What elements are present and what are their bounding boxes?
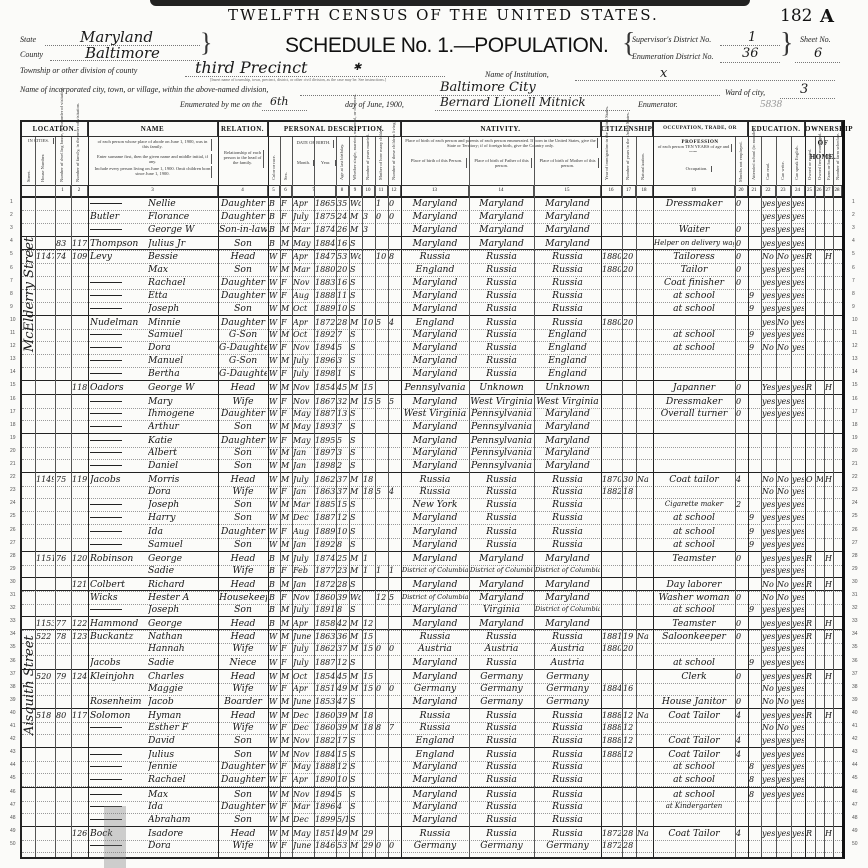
nat-cell (637, 525, 652, 538)
dwelling-cell: 79 (56, 670, 70, 683)
name-desc-label: of each person whose place of abode on J… (94, 139, 212, 151)
schedule-title: SCHEDULE No. 1.—POPULATION. (285, 34, 608, 58)
color-cell: W (269, 827, 279, 840)
dwelling-cell (56, 316, 70, 329)
ditto-dash (90, 373, 122, 374)
color-cell: W (269, 800, 279, 813)
sex-cell: M (281, 603, 291, 616)
read-cell: yes (762, 263, 775, 276)
write-cell: yes (777, 670, 790, 683)
yrs-us-cell: 20 (623, 642, 635, 655)
dwelling-cell (56, 276, 70, 289)
occupation-col-label: Occupation. (682, 166, 712, 172)
school-cell (749, 407, 760, 420)
immig-cell: 1880 (602, 263, 621, 276)
color-cell: B (269, 603, 279, 616)
farm-cell (825, 511, 832, 524)
unemp-cell (736, 302, 747, 315)
house-cell (36, 237, 54, 250)
sex-cell: F (281, 839, 291, 852)
own-cell (806, 773, 814, 786)
yrs-us-cell (623, 498, 635, 511)
color-cell: W (269, 302, 279, 315)
ditto-dash (90, 766, 122, 767)
enumerator-name: Bernard Lionell Mitnick (440, 95, 586, 109)
yrs-married-cell: 1 (363, 552, 374, 565)
birth-cell: Maryland (402, 459, 468, 472)
yrs-married-cell: 18 (363, 721, 374, 734)
sched-cell (834, 354, 841, 367)
mother-of-cell: 0 (376, 839, 387, 852)
yrs-married-cell (363, 760, 374, 773)
nat-cell (637, 578, 652, 591)
birth-cell: Russia (402, 630, 468, 643)
yrs-us-cell (623, 328, 635, 341)
own-cell (806, 591, 814, 604)
year-cell: 1872 (315, 578, 335, 591)
occupation-cell: Clerk (654, 670, 734, 683)
living-cell (389, 473, 400, 486)
line-number-left: 15 (10, 382, 16, 388)
sched-cell (834, 552, 841, 565)
line-number-right: 17 (852, 409, 858, 415)
free-cell (816, 302, 823, 315)
month-cell: July (293, 552, 313, 565)
living-cell (389, 223, 400, 236)
marital-cell: S (350, 263, 361, 276)
mother-of-cell (376, 617, 387, 630)
immig-cell (602, 407, 621, 420)
birth-cell: Russia (402, 721, 468, 734)
yrs-married-cell (363, 250, 374, 263)
write-cell: yes (777, 328, 790, 341)
year-cell: 1860 (315, 591, 335, 604)
unemp-cell (736, 773, 747, 786)
immig-cell: 1888 (602, 734, 621, 747)
surname-cell (90, 721, 148, 734)
sex-cell: F (281, 316, 291, 329)
dwelling-cell (56, 341, 70, 354)
read-cell (762, 813, 775, 826)
grid-line (761, 137, 762, 857)
ditto-dash (90, 754, 122, 755)
sched-cell (834, 682, 841, 695)
free-cell: M (816, 473, 823, 486)
yrs-us-cell (623, 511, 635, 524)
color-cell: W (269, 760, 279, 773)
dwelling-number-col-label: Number of dwelling house, in the order o… (59, 138, 64, 182)
column-number: 12 (388, 186, 401, 196)
living-cell (389, 827, 400, 840)
speak-cell: yes (792, 210, 804, 223)
nat-cell (637, 564, 652, 577)
given-name-cell: George (148, 552, 216, 565)
month-cell: Oct (293, 302, 313, 315)
ditto-dash (90, 465, 122, 466)
sched-cell (834, 721, 841, 734)
sched-cell (834, 591, 841, 604)
grid-line (805, 122, 806, 857)
months-unemployed-col-label: Months not employed. (738, 156, 743, 182)
occupation-cell: at school (654, 341, 734, 354)
month-cell: Nov (293, 395, 313, 408)
birth-cell: Maryland (402, 289, 468, 302)
yrs-married-cell (363, 788, 374, 801)
relation-cell: G-Daughter (219, 341, 267, 354)
own-cell: R (806, 578, 814, 591)
marital-cell: S (350, 354, 361, 367)
write-cell: No (777, 485, 790, 498)
school-cell (749, 210, 760, 223)
column-number: 3 (88, 186, 218, 196)
table-row: MaggieWifeWFApr185149M1500GermanyGermany… (22, 682, 842, 696)
yrs-us-cell (623, 670, 635, 683)
read-cell (762, 800, 775, 813)
living-cell (389, 656, 400, 669)
occupation-cell: at school (654, 511, 734, 524)
occupation-cell: Coat Tailor (654, 827, 734, 840)
given-name-cell: Julius (148, 748, 216, 761)
year-cell: 1889 (315, 525, 335, 538)
occupation-cell: Saloonkeeper (654, 630, 734, 643)
family-cell (72, 788, 87, 801)
month-cell: Aug (293, 289, 313, 302)
relation-cell: Daughter (219, 525, 267, 538)
birth-cell: Maryland (402, 760, 468, 773)
immig-cell (602, 328, 621, 341)
immig-cell (602, 276, 621, 289)
enumerator-label: Enumerator. (638, 100, 678, 109)
relation-cell: Daughter (219, 434, 267, 447)
free-cell (816, 289, 823, 302)
read-cell: yes (762, 302, 775, 315)
house-cell (36, 578, 54, 591)
table-row: BerthaG-DaughterWFJuly18981SMarylandRuss… (22, 367, 842, 381)
yrs-us-cell (623, 656, 635, 669)
surname-cell: Rosenheim (90, 695, 148, 708)
nat-cell: Na (637, 630, 652, 643)
dwelling-cell (56, 642, 70, 655)
nat-cell (637, 276, 652, 289)
immig-cell (602, 341, 621, 354)
sched-cell (834, 670, 841, 683)
surname-cell (90, 420, 148, 433)
house-cell (36, 788, 54, 801)
free-cell (816, 538, 823, 551)
free-cell (816, 498, 823, 511)
month-cell: Mar (293, 223, 313, 236)
age-cell: 45 (337, 670, 348, 683)
farm-cell (825, 459, 832, 472)
house-cell (36, 446, 54, 459)
house-cell (36, 381, 54, 394)
dwelling-cell (56, 328, 70, 341)
write-cell: No (777, 316, 790, 329)
unemp-cell: 0 (736, 591, 747, 604)
column-number: 17 (622, 186, 636, 196)
house-cell: 1147 (36, 250, 54, 263)
yrs-us-cell: 16 (623, 682, 635, 695)
living-cell: 0 (389, 642, 400, 655)
farm-cell (825, 564, 832, 577)
own-cell: R (806, 709, 814, 722)
birth-cell: Maryland (402, 367, 468, 380)
marital-cell: S (350, 341, 361, 354)
immig-cell (602, 289, 621, 302)
farm-cell (825, 695, 832, 708)
house-cell (36, 316, 54, 329)
month-cell: Apr (293, 250, 313, 263)
mother-cell: Maryland (535, 420, 600, 433)
house-cell (36, 642, 54, 655)
mother-cell: Germany (535, 670, 600, 683)
family-cell (72, 197, 87, 210)
ditto-dash (90, 517, 122, 518)
unemp-cell: 4 (736, 709, 747, 722)
family-cell (72, 459, 87, 472)
sched-cell (834, 813, 841, 826)
ward-label: Ward of city, (725, 88, 765, 97)
nat-cell (637, 263, 652, 276)
grid-line (375, 137, 376, 857)
sched-cell (834, 316, 841, 329)
farm-cell (825, 800, 832, 813)
father-cell: Pennsylvania (470, 420, 533, 433)
read-cell: yes (762, 525, 775, 538)
sex-cell: M (281, 459, 291, 472)
immig-cell (602, 695, 621, 708)
sched-cell (834, 511, 841, 524)
line-number-left: 48 (10, 815, 16, 821)
mother-of-cell (376, 367, 387, 380)
given-name-cell: Richard (148, 578, 216, 591)
yrs-married-cell (363, 407, 374, 420)
column-group-education: EDUCATION. (748, 122, 805, 137)
occupation-cell (654, 564, 734, 577)
dwelling-cell: 78 (56, 630, 70, 643)
year-cell: 1860 (315, 721, 335, 734)
farm-cell (825, 289, 832, 302)
year-cell: 1898 (315, 367, 335, 380)
yrs-us-cell (623, 459, 635, 472)
mother-cell: Russia (535, 760, 600, 773)
write-cell: No (777, 250, 790, 263)
color-cell: B (269, 591, 279, 604)
year-cell: 1877 (315, 564, 335, 577)
line-number-right: 2 (852, 212, 855, 218)
year-cell: 1894 (315, 341, 335, 354)
dwelling-cell (56, 525, 70, 538)
sex-cell: M (281, 446, 291, 459)
relation-cell: Son-in-law (219, 223, 267, 236)
write-cell: yes (777, 498, 790, 511)
own-cell (806, 420, 814, 433)
mother-of-cell (376, 459, 387, 472)
given-name-cell: Max (148, 263, 216, 276)
mother-of-cell (376, 800, 387, 813)
immig-cell (602, 800, 621, 813)
living-cell: 0 (389, 197, 400, 210)
mother-cell: Russia (535, 813, 600, 826)
marital-cell: S (350, 302, 361, 315)
own-cell: O (806, 473, 814, 486)
census-page: TWELFTH CENSUS OF THE UNITED STATES. 182… (0, 0, 868, 868)
read-cell: No (762, 721, 775, 734)
family-cell: 123 (72, 630, 87, 643)
relation-cell: Wife (219, 682, 267, 695)
yrs-married-cell: 1 (363, 564, 374, 577)
year-cell: 1847 (315, 250, 335, 263)
marital-cell: S (350, 407, 361, 420)
write-cell: yes (777, 748, 790, 761)
own-cell (806, 603, 814, 616)
yrs-married-cell (363, 800, 374, 813)
living-cell (389, 525, 400, 538)
family-cell (72, 289, 87, 302)
sched-cell (834, 603, 841, 616)
father-cell: Russia (470, 328, 533, 341)
house-cell (36, 682, 54, 695)
given-name-cell: Julius Jr (148, 237, 216, 250)
own-cell (806, 459, 814, 472)
speak-cell (792, 839, 804, 852)
relation-cell: Daughter (219, 210, 267, 223)
sex-cell: M (281, 223, 291, 236)
sched-cell (834, 302, 841, 315)
free-cell (816, 670, 823, 683)
year-cell: 1896 (315, 354, 335, 367)
line-number-left: 30 (10, 579, 16, 585)
birth-cell: Maryland (402, 210, 468, 223)
father-cell: Russia (470, 773, 533, 786)
sched-cell (834, 395, 841, 408)
marital-cell: S (350, 800, 361, 813)
age-cell: 1 (337, 367, 348, 380)
father-cell: Russia (470, 263, 533, 276)
speak-cell: yes (792, 788, 804, 801)
month-cell: Apr (293, 617, 313, 630)
year-cell: 1888 (315, 760, 335, 773)
school-cell (749, 367, 760, 380)
mother-cell: West Virginia (535, 395, 600, 408)
birth-cell: Russia (402, 709, 468, 722)
line-number-right: 6 (852, 265, 855, 271)
age-cell: 25 (337, 552, 348, 565)
speak-cell: yes (792, 276, 804, 289)
marital-cell: Wd (350, 591, 361, 604)
farm-schedule-col-label: Number of farm schedule. (835, 140, 840, 180)
yrs-us-cell (623, 788, 635, 801)
house-cell (36, 773, 54, 786)
table-row: RosenheimJacobBoarderWMJune185347SMaryla… (22, 695, 842, 709)
column-number: 24 (791, 186, 805, 196)
surname-cell (90, 682, 148, 695)
line-number-right: 39 (852, 697, 858, 703)
sex-cell: M (281, 827, 291, 840)
write-cell (777, 367, 790, 380)
yrs-married-cell: 18 (363, 473, 374, 486)
unemp-cell: 4 (736, 473, 747, 486)
dwelling-cell (56, 827, 70, 840)
unemp-cell (736, 434, 747, 447)
nat-cell (637, 485, 652, 498)
farm-cell: H (825, 827, 832, 840)
living-cell (389, 773, 400, 786)
yrs-us-cell: 19 (623, 630, 635, 643)
line-number-left: 50 (10, 841, 16, 847)
speak-cell: yes (792, 237, 804, 250)
table-row: JosephSonWMMar188515SNew YorkRussiaRussi… (22, 498, 842, 512)
year-cell: 1887 (315, 511, 335, 524)
age-cell: 49 (337, 682, 348, 695)
free-cell (816, 420, 823, 433)
birth-cell: England (402, 748, 468, 761)
birth-cell: Maryland (402, 446, 468, 459)
read-cell: yes (762, 237, 775, 250)
sex-cell: F (281, 642, 291, 655)
family-cell: 121 (72, 578, 87, 591)
farm-cell (825, 407, 832, 420)
relation-cell: Son (219, 748, 267, 761)
immig-cell (602, 760, 621, 773)
year-cell: 1851 (315, 827, 335, 840)
write-cell: yes (777, 223, 790, 236)
read-cell (762, 459, 775, 472)
read-cell: No (762, 682, 775, 695)
relation-cell: Son (219, 263, 267, 276)
enumerated-prefix: Enumerated by me on the (180, 100, 262, 109)
year-cell: 1872 (315, 316, 335, 329)
table-row: George WSon-in-lawBMMar187426M3MarylandM… (22, 223, 842, 237)
farm-cell (825, 263, 832, 276)
living-cell: 8 (389, 250, 400, 263)
own-cell (806, 328, 814, 341)
nat-cell (637, 603, 652, 616)
birth-cell: Maryland (402, 276, 468, 289)
living-cell (389, 381, 400, 394)
house-cell (36, 827, 54, 840)
birth-cell: Maryland (402, 670, 468, 683)
table-row: IhmogeneDaughterWFMay188713SWest Virgini… (22, 407, 842, 421)
school-cell (749, 237, 760, 250)
free-cell (816, 250, 823, 263)
immig-cell (602, 354, 621, 367)
own-cell (806, 498, 814, 511)
own-cell (806, 341, 814, 354)
dwelling-cell (56, 289, 70, 302)
immig-cell (602, 552, 621, 565)
mother-of-cell (376, 511, 387, 524)
sched-cell (834, 197, 841, 210)
birth-cell: Germany (402, 682, 468, 695)
school-cell: 9 (749, 656, 760, 669)
yrs-us-cell (623, 800, 635, 813)
line-number-right: 30 (852, 579, 858, 585)
age-cell: 12 (337, 511, 348, 524)
yrs-us-cell: 12 (623, 748, 635, 761)
column-number: 16 (601, 186, 622, 196)
sched-cell (834, 289, 841, 302)
age-cell: 2 (337, 459, 348, 472)
occupation-cell: Coat Tailor (654, 709, 734, 722)
census-title: TWELFTH CENSUS OF THE UNITED STATES. (228, 6, 659, 24)
yrs-us-cell (623, 525, 635, 538)
speak-cell: yes (792, 617, 804, 630)
marital-cell: S (350, 289, 361, 302)
month-cell: June (293, 630, 313, 643)
line-number-right: 4 (852, 238, 855, 244)
mother-cell: Maryland (535, 223, 600, 236)
